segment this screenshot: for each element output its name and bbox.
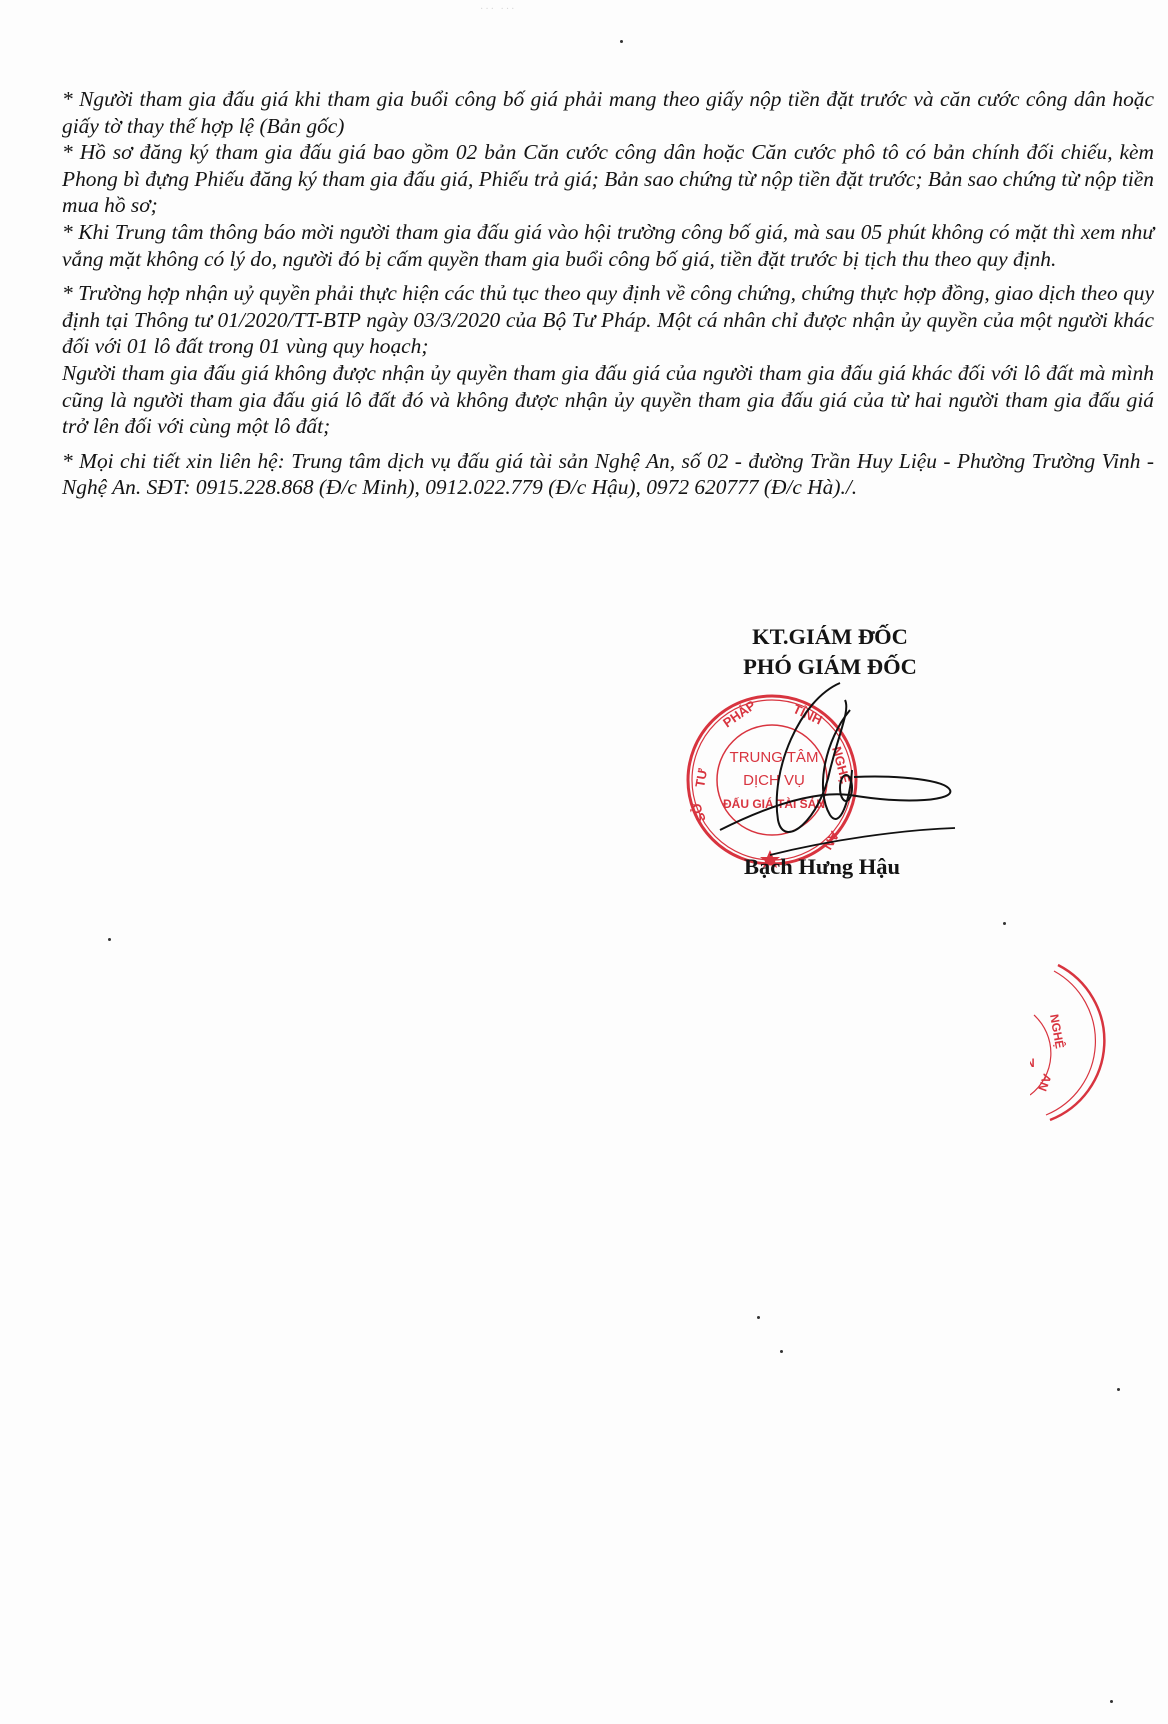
partial-seal-edge-icon: NGHỆ AN N	[1030, 955, 1168, 1125]
scan-speck	[872, 631, 875, 634]
scan-speck	[1117, 1388, 1120, 1391]
scan-speck	[620, 40, 623, 43]
edge-seal-text-2: AN	[1035, 1072, 1054, 1093]
paragraph-absence-rule: * Khi Trung tâm thông báo mời người tham…	[62, 219, 1154, 272]
signature-title-line2: PHÓ GIÁM ĐỐC	[700, 652, 960, 682]
scan-speck	[1003, 922, 1006, 925]
signer-name: Bạch Hưng Hậu	[712, 854, 932, 880]
scan-speck	[1110, 1700, 1113, 1703]
paragraph-authorization-limits: Người tham gia đấu giá không được nhận ủ…	[62, 360, 1154, 440]
scan-speck	[757, 1316, 760, 1319]
faint-header-text: ··· ···	[480, 4, 640, 14]
paragraph-contact: * Mọi chi tiết xin liên hệ: Trung tâm dị…	[62, 448, 1154, 501]
signature-title-line1: KT.GIÁM ĐỐC	[700, 622, 960, 652]
notice-body: * Người tham gia đấu giá khi tham gia bu…	[62, 86, 1154, 501]
paragraph-original-documents: * Người tham gia đấu giá khi tham gia bu…	[62, 86, 1154, 139]
scan-speck	[108, 938, 111, 941]
handwritten-signature-icon	[700, 680, 960, 860]
paragraph-authorization: * Trường hợp nhận uỷ quyền phải thực hiệ…	[62, 280, 1154, 360]
scan-speck	[780, 1350, 783, 1353]
paragraph-registration-dossier: * Hồ sơ đăng ký tham gia đấu giá bao gồm…	[62, 139, 1154, 219]
signature-title-block: KT.GIÁM ĐỐC PHÓ GIÁM ĐỐC	[700, 622, 960, 682]
document-page: ··· ··· * Người tham gia đấu giá khi tha…	[0, 0, 1168, 1724]
edge-seal-text-3: N	[1030, 1056, 1035, 1070]
